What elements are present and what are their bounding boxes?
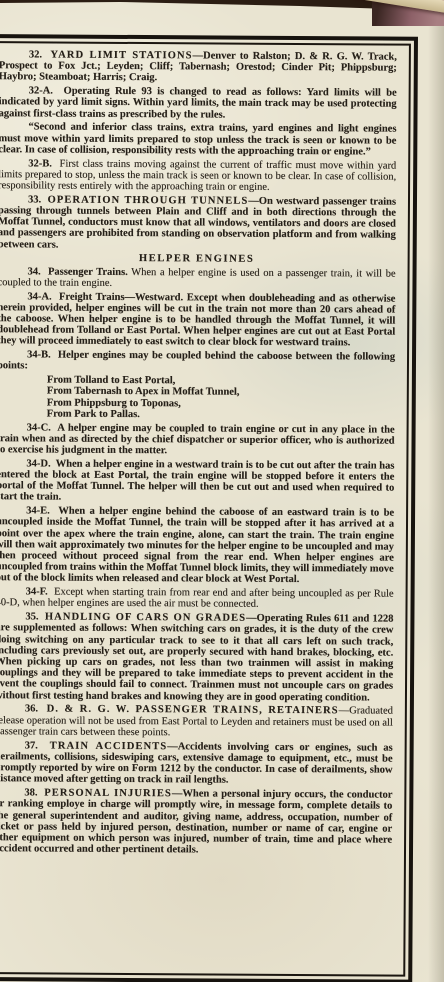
text-run: From Tolland to East Portal, — [47, 375, 176, 387]
text-run: —Operating Rules 611 and 1228 are supple… — [0, 613, 393, 703]
text-run: 34-D. — [26, 458, 55, 469]
text-run: —When a personal injury occurs, the cond… — [0, 788, 392, 855]
text-run: 34-E. — [26, 506, 58, 517]
rule-32-a: 32-A. Operating Rule 93 is changed to re… — [0, 85, 397, 121]
rule-37: 37. TRAIN ACCIDENTS—Accidents involving … — [0, 740, 393, 787]
text-run: 34-C. — [27, 422, 58, 433]
text-run: When a helper engine behind the caboose … — [0, 506, 394, 586]
text-run: 34-A. — [27, 291, 59, 302]
text-run: 33. — [28, 194, 48, 205]
rule-35: 35. HANDLING OF CARS ON GRADES—Operating… — [0, 611, 393, 703]
helper-engines-heading: HELPER ENGINES — [0, 253, 396, 267]
text-run: From Tabernash to Apex in Moffat Tunnel, — [47, 386, 240, 398]
rule-34-a: 34-A. Freight Trains—Westward. Except wh… — [0, 291, 395, 349]
text-run: Passenger Trains. — [48, 266, 128, 277]
text-run: “Second and inferior class trains, extra… — [0, 122, 396, 157]
text-run: Helper engines may be coupled behind the… — [0, 350, 395, 372]
text-run: Freight Trains—Westward. — [59, 291, 183, 303]
helper-point-4: From Park to Pallas. — [0, 408, 395, 422]
text-run: Except when starting train from rear end… — [0, 587, 394, 610]
rule-32: 32. YARD LIMIT STATIONS—Denver to Ralsto… — [0, 49, 397, 85]
text-run: YARD LIMIT STATIONS — [50, 49, 192, 61]
text-run: 32-A. — [29, 86, 64, 97]
rule-34: 34. Passenger Trains. When a helper engi… — [0, 266, 396, 291]
text-run: A helper engine may be coupled to train … — [0, 422, 395, 456]
text-run: From Phippsburg to Toponas, — [47, 397, 181, 409]
text-frame-border: 32. YARD LIMIT STATIONS—Denver to Ralsto… — [0, 34, 418, 982]
text-run: 34. — [28, 266, 48, 277]
text-frame-inner: 32. YARD LIMIT STATIONS—Denver to Ralsto… — [0, 41, 411, 977]
text-run: PERSONAL INJURIES — [44, 788, 172, 800]
rule-36: 36. D. & R. G. W. PASSENGER TRAINS, RETA… — [0, 704, 393, 740]
rule-34-e: 34-E. When a helper engine behind the ca… — [0, 505, 394, 586]
rule-34-c: 34-C. A helper engine may be coupled to … — [0, 422, 395, 458]
text-run: 34-F. — [26, 587, 55, 598]
text-run: TRAIN ACCIDENTS — [50, 740, 168, 752]
text-run: 37. — [25, 740, 50, 751]
text-run: 32. — [29, 49, 51, 60]
text-run: 35. — [25, 612, 44, 623]
rule-34-b: 34-B. Helper engines may be coupled behi… — [0, 349, 395, 374]
text-run: 36. — [25, 704, 47, 715]
rule-34-f: 34-F. Except when starting train from re… — [0, 586, 394, 611]
rule-34-d: 34-D. When a helper engine in a westward… — [0, 458, 394, 505]
rule-32-b: 32-B. First class trains moving against … — [0, 158, 396, 194]
text-run: 32-B. — [28, 158, 59, 169]
photo-area: 32. YARD LIMIT STATIONS—Denver to Ralsto… — [0, 0, 444, 982]
rule-33: 33. OPERATION THROUGH TUNNELS—On westwar… — [0, 194, 396, 252]
rules-text-column: 32. YARD LIMIT STATIONS—Denver to Ralsto… — [0, 43, 409, 975]
text-run: 38. — [24, 787, 44, 798]
rule-38: 38. PERSONAL INJURIES—When a personal in… — [0, 787, 392, 857]
rule-32-a-quote: “Second and inferior class trains, extra… — [0, 122, 396, 158]
text-run: From Park to Pallas. — [47, 408, 140, 420]
text-run: HANDLING OF CARS ON GRADES — [45, 612, 246, 624]
text-run: First class trains moving against the cu… — [0, 158, 396, 193]
scanned-rulebook-photo: { "colors": { "paper": "#e9e4d1", "ink":… — [0, 0, 444, 982]
text-run: 34-B. — [27, 350, 58, 361]
text-run: When a helper engine in a westward train… — [0, 458, 394, 503]
text-run: HELPER ENGINES — [139, 253, 255, 265]
